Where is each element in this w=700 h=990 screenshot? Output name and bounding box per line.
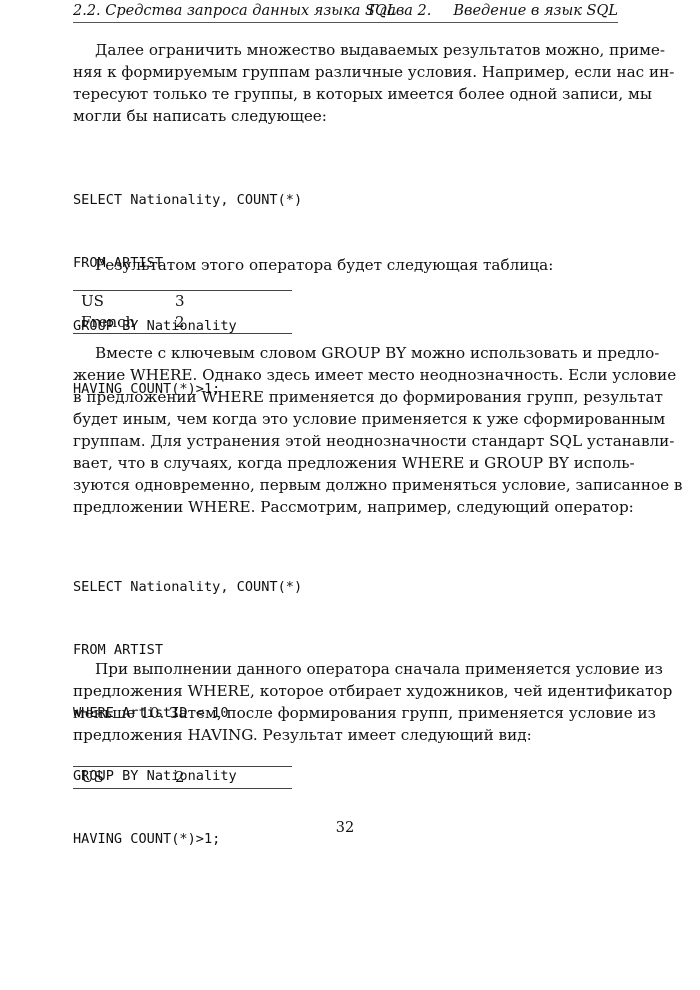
result-table-2: US 2 — [73, 766, 292, 789]
text-line: предложения WHERE, которое отбирает худо… — [73, 680, 618, 702]
text-line: зуются одновременно, первым должно приме… — [73, 474, 618, 496]
page-number: 32 — [0, 820, 690, 836]
text-line: меньше 10. Затем, после формирования гру… — [73, 702, 618, 724]
table-row: French 2 — [73, 312, 292, 333]
running-header: 2.2. Средства запроса данных языка SQL Г… — [73, 2, 618, 23]
paragraph-1: Далее ограничить множество выдаваемых ре… — [73, 39, 618, 127]
text-line: тересуют только те группы, в которых име… — [73, 83, 618, 105]
table-cell-count: 3 — [175, 291, 185, 312]
text-line: могли бы написать следующее: — [73, 105, 618, 127]
header-chapter-title: Введение в язык SQL — [453, 3, 618, 19]
header-chapter: Глава 2.Введение в язык SQL — [368, 3, 618, 19]
table-cell-count: 2 — [175, 312, 185, 333]
table-row: US 2 — [73, 767, 292, 788]
text-line: в предложении WHERE применяется до форми… — [73, 386, 618, 408]
code-line: SELECT Nationality, COUNT(*) — [73, 577, 302, 598]
text-line: няя к формируемым группам различные усло… — [73, 61, 618, 83]
paragraph-3: Вместе с ключевым словом GROUP BY можно … — [73, 342, 618, 518]
text-line: Вместе с ключевым словом GROUP BY можно … — [73, 342, 618, 364]
table-cell-nationality: French — [81, 312, 135, 333]
table-cell-nationality: US — [81, 291, 104, 312]
text-line: предложении WHERE. Рассмотрим, например,… — [73, 496, 618, 518]
text-line: предложения HAVING. Результат имеет след… — [73, 724, 618, 746]
text-line: будет иным, чем когда это условие примен… — [73, 408, 618, 430]
table-row: US 3 — [73, 291, 292, 312]
text-line: группам. Для устранения этой неоднозначн… — [73, 430, 618, 452]
text-line: При выполнении данного оператора сначала… — [73, 658, 618, 680]
paragraph-2: Результатом этого оператора будет следую… — [73, 254, 618, 276]
text-line: Результатом этого оператора будет следую… — [73, 254, 618, 276]
paragraph-4: При выполнении данного оператора сначала… — [73, 658, 618, 746]
text-line: жение WHERE. Однако здесь имеет место не… — [73, 364, 618, 386]
table-cell-count: 2 — [175, 767, 185, 788]
code-line: SELECT Nationality, COUNT(*) — [73, 190, 302, 211]
table-cell-nationality: US — [81, 767, 104, 788]
header-chapter-number: Глава 2. — [368, 3, 431, 19]
header-section-title: 2.2. Средства запроса данных языка SQL — [73, 3, 396, 19]
text-line: Далее ограничить множество выдаваемых ре… — [73, 39, 618, 61]
result-table-1: US 3 French 2 — [73, 290, 292, 334]
text-line: вает, что в случаях, когда предложения W… — [73, 452, 618, 474]
